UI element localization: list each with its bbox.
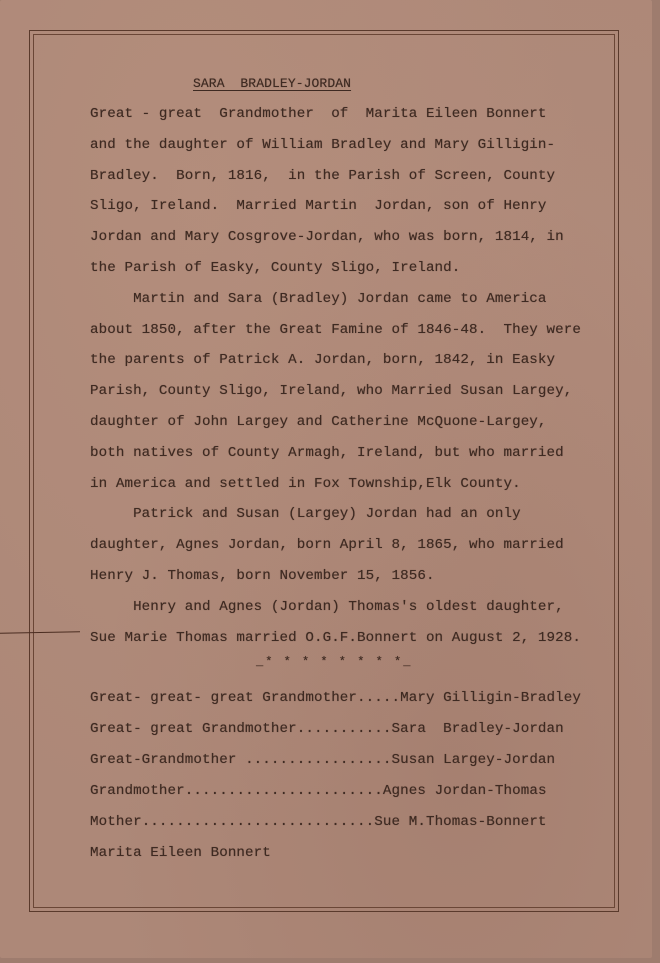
lineage-leader-dots: ........... <box>297 721 392 737</box>
lineage-leader-dots: ................. <box>245 752 391 768</box>
paragraph-line: the parents of Patrick A. Jordan, born, … <box>90 352 555 368</box>
paragraph-line: Henry J. Thomas, born November 15, 1856. <box>90 568 435 584</box>
paragraph-line: Patrick and Susan (Largey) Jordan had an… <box>90 506 521 522</box>
section-divider: _* * * * * * * *_ <box>256 655 412 669</box>
paragraph-line: daughter of John Largey and Catherine Mc… <box>90 414 547 430</box>
paragraph-line: Parish, County Sligo, Ireland, who Marri… <box>90 383 572 399</box>
lineage-relation: Grandmother <box>90 783 185 799</box>
paragraph-line: in America and settled in Fox Township,E… <box>90 476 521 492</box>
lineage-relation: Great- great- great Grandmother <box>90 690 357 706</box>
paragraph-line: Martin and Sara (Bradley) Jordan came to… <box>90 291 547 307</box>
paragraph-line: Jordan and Mary Cosgrove-Jordan, who was… <box>90 229 564 245</box>
paragraph-line: the Parish of Easky, County Sligo, Irela… <box>90 260 460 276</box>
paragraph-line: Sligo, Ireland. Married Martin Jordan, s… <box>90 198 547 214</box>
lineage-relation: Mother <box>90 814 142 830</box>
paragraph-line: Great - great Grandmother of Marita Eile… <box>90 106 547 122</box>
lineage-row: Great- great- great Grandmother.....Mary… <box>90 690 581 706</box>
lineage-relation: Great-Grandmother <box>90 752 245 768</box>
paragraph-line: both natives of County Armagh, Ireland, … <box>90 445 564 461</box>
lineage-leader-dots: ........................... <box>142 814 375 830</box>
lineage-relation: Great- great Grandmother <box>90 721 297 737</box>
document-title: SARA BRADLEY-JORDAN <box>193 76 351 91</box>
paragraph-line: Bradley. Born, 1816, in the Parish of Sc… <box>90 168 555 184</box>
lineage-row: Mother...........................Sue M.T… <box>90 814 547 830</box>
paragraph-line: and the daughter of William Bradley and … <box>90 137 555 153</box>
lineage-name: Sara Bradley-Jordan <box>392 721 564 737</box>
document-page: SARA BRADLEY-JORDAN Great - great Grandm… <box>0 0 652 958</box>
lineage-row: Great- great Grandmother...........Sara … <box>90 721 564 737</box>
lineage-name: Agnes Jordan-Thomas <box>383 783 547 799</box>
lineage-row: Great-Grandmother .................Susan… <box>90 752 555 768</box>
paragraph-line: Henry and Agnes (Jordan) Thomas's oldest… <box>90 599 564 615</box>
lineage-leader-dots: ....................... <box>185 783 383 799</box>
paragraph-line: daughter, Agnes Jordan, born April 8, 18… <box>90 537 564 553</box>
paragraph-line: Sue Marie Thomas married O.G.F.Bonnert o… <box>90 630 581 646</box>
lineage-row: Grandmother.......................Agnes … <box>90 783 547 799</box>
page-border-inner <box>33 34 615 908</box>
lineage-leader-dots: ..... <box>357 690 400 706</box>
paragraph-line: about 1850, after the Great Famine of 18… <box>90 322 581 338</box>
lineage-name: Susan Largey-Jordan <box>392 752 556 768</box>
final-name-line: Marita Eileen Bonnert <box>90 845 271 861</box>
lineage-name: Mary Gilligin-Bradley <box>400 690 581 706</box>
lineage-name: Sue M.Thomas-Bonnert <box>374 814 546 830</box>
